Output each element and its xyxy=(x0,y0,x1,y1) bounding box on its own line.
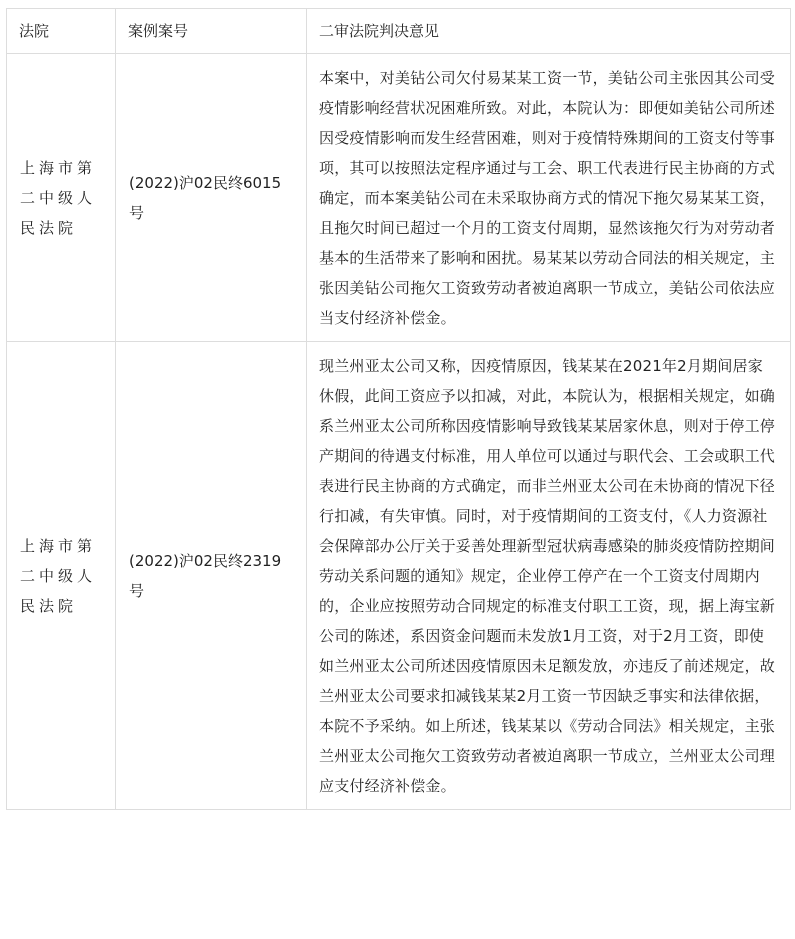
cell-case-number: (2022)沪02民终6015号 xyxy=(116,54,307,342)
table-row: 上海市第二中级人民法院 (2022)沪02民终2319号 现兰州亚太公司又称，因… xyxy=(7,342,791,810)
cell-opinion: 本案中，对美钻公司欠付易某某工资一节，美钻公司主张因其公司受疫情影响经营状况困难… xyxy=(307,54,791,342)
header-case-number: 案例案号 xyxy=(116,9,307,54)
table-row: 上海市第二中级人民法院 (2022)沪02民终6015号 本案中，对美钻公司欠付… xyxy=(7,54,791,342)
cell-opinion: 现兰州亚太公司又称，因疫情原因，钱某某在2021年2月期间居家休假，此间工资应予… xyxy=(307,342,791,810)
header-opinion: 二审法院判决意见 xyxy=(307,9,791,54)
header-court: 法院 xyxy=(7,9,116,54)
court-opinions-table: 法院 案例案号 二审法院判决意见 上海市第二中级人民法院 (2022)沪02民终… xyxy=(6,8,791,810)
cell-court: 上海市第二中级人民法院 xyxy=(7,342,116,810)
cell-court: 上海市第二中级人民法院 xyxy=(7,54,116,342)
cell-case-number: (2022)沪02民终2319号 xyxy=(116,342,307,810)
table-header-row: 法院 案例案号 二审法院判决意见 xyxy=(7,9,791,54)
